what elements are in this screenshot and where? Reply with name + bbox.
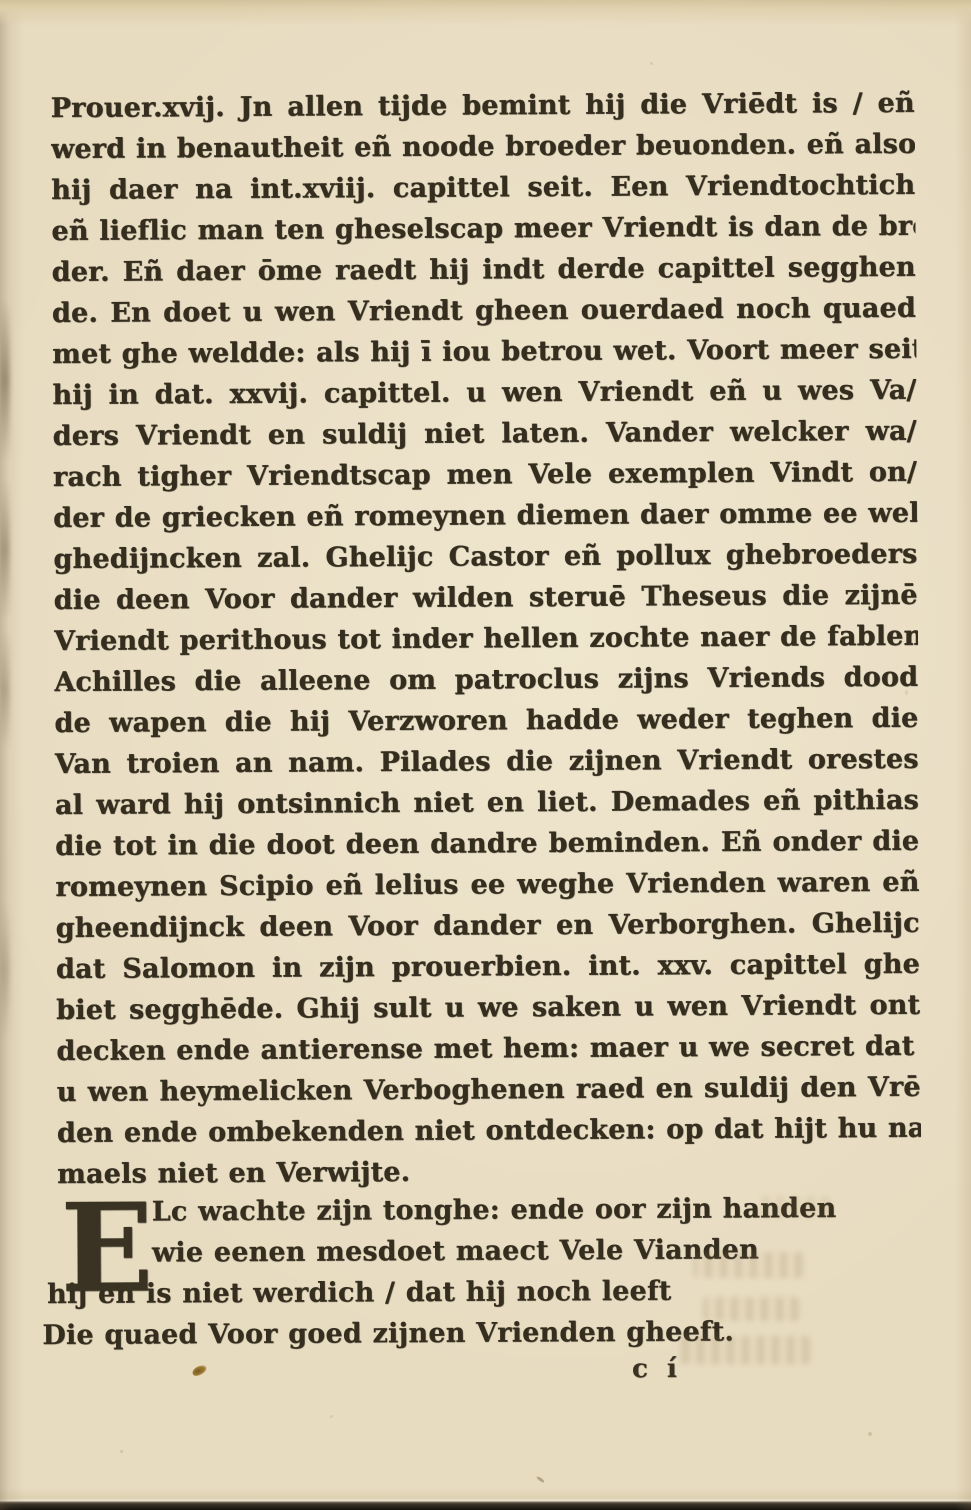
- text-line: dat Salomon in zijn prouerbien. int. xxv…: [56, 944, 920, 990]
- verse-line: wie eenen mesdoet maect Vele Vianden: [152, 1228, 922, 1273]
- text-line: romeynen Scipio eñ lelius ee weghe Vrien…: [55, 862, 919, 908]
- gutter-ink-smudge: [0, 300, 10, 460]
- scanned-book-page: Prouer.xvij. Jn allen tijde bemint hij d…: [0, 0, 971, 1510]
- gutter-ink-smudge: [0, 480, 10, 620]
- text-line: Vriendt perithous tot inder hellen zocht…: [54, 616, 918, 662]
- text-line: der de griecken eñ romeynen diemen daer …: [53, 493, 917, 539]
- text-line: die deen Voor dander wilden steruē These…: [54, 575, 918, 621]
- paper-speck: [536, 1476, 545, 1484]
- text-line: hij in dat. xxvij. capittel. u wen Vrien…: [52, 370, 916, 416]
- paper-speck: [650, 62, 653, 65]
- text-line: den ende ombekenden niet ontdecken: op d…: [57, 1108, 921, 1154]
- text-line: met ghe weldde: als hij ī iou betrou wet…: [52, 329, 916, 375]
- text-line: Achilles die alleene om patroclus zijns …: [54, 657, 918, 703]
- text-line: gheendijnck deen Voor dander en Verborgh…: [56, 903, 920, 949]
- text-line: werd in benautheit eñ noode broeder beuo…: [51, 124, 915, 170]
- text-line: Van troien an nam. Pilades die zijnen Vr…: [55, 739, 919, 785]
- gutter-ink-smudge: [0, 900, 10, 1040]
- paper-speck: [868, 1432, 872, 1436]
- show-through-text: [678, 1336, 810, 1364]
- show-through-text: [760, 1196, 830, 1218]
- text-line: decken ende antierense met hem: maer u w…: [56, 1026, 920, 1072]
- gutter-ink-smudge: [0, 630, 10, 750]
- text-line: al ward hij ontsinnich niet en liet. Dem…: [55, 780, 919, 826]
- text-line: ghedijncken zal. Ghelijc Castor eñ pollu…: [53, 534, 917, 580]
- quire-signature-mark: c í: [632, 1354, 682, 1384]
- paper-speck: [120, 1450, 123, 1453]
- text-line: rach tigher Vriendtscap men Vele exemple…: [53, 452, 917, 498]
- text-line: die tot in die doot deen dandre beminden…: [55, 821, 919, 867]
- text-line: Prouer.xvij. Jn allen tijde bemint hij d…: [51, 83, 915, 129]
- text-line: ders Vriendt en suldij niet laten. Vande…: [53, 411, 917, 457]
- text-line: der. Eñ daer ōme raedt hij indt derde ca…: [52, 247, 916, 293]
- drop-cap-initial: E: [52, 1195, 163, 1308]
- main-text-block: Prouer.xvij. Jn allen tijde bemint hij d…: [51, 83, 922, 1195]
- ink-blot: [191, 1363, 208, 1377]
- paper-speck: [330, 1415, 333, 1418]
- text-line: biet segghēde. Ghij sult u we saken u we…: [56, 985, 920, 1031]
- text-line: u wen heymelicken Verboghenen raed en su…: [57, 1067, 921, 1113]
- text-line: de. En doet u wen Vriendt gheen ouerdaed…: [52, 288, 916, 334]
- text-line: hij daer na int.xviij. capittel seit. Ee…: [51, 165, 915, 211]
- show-through-text: [703, 1297, 799, 1321]
- text-line: de wapen die hij Verzworen hadde weder t…: [54, 698, 918, 744]
- show-through-text: [693, 1252, 803, 1278]
- text-line: eñ lieflic man ten gheselscap meer Vrien…: [51, 206, 915, 252]
- paper-speck: [905, 690, 908, 695]
